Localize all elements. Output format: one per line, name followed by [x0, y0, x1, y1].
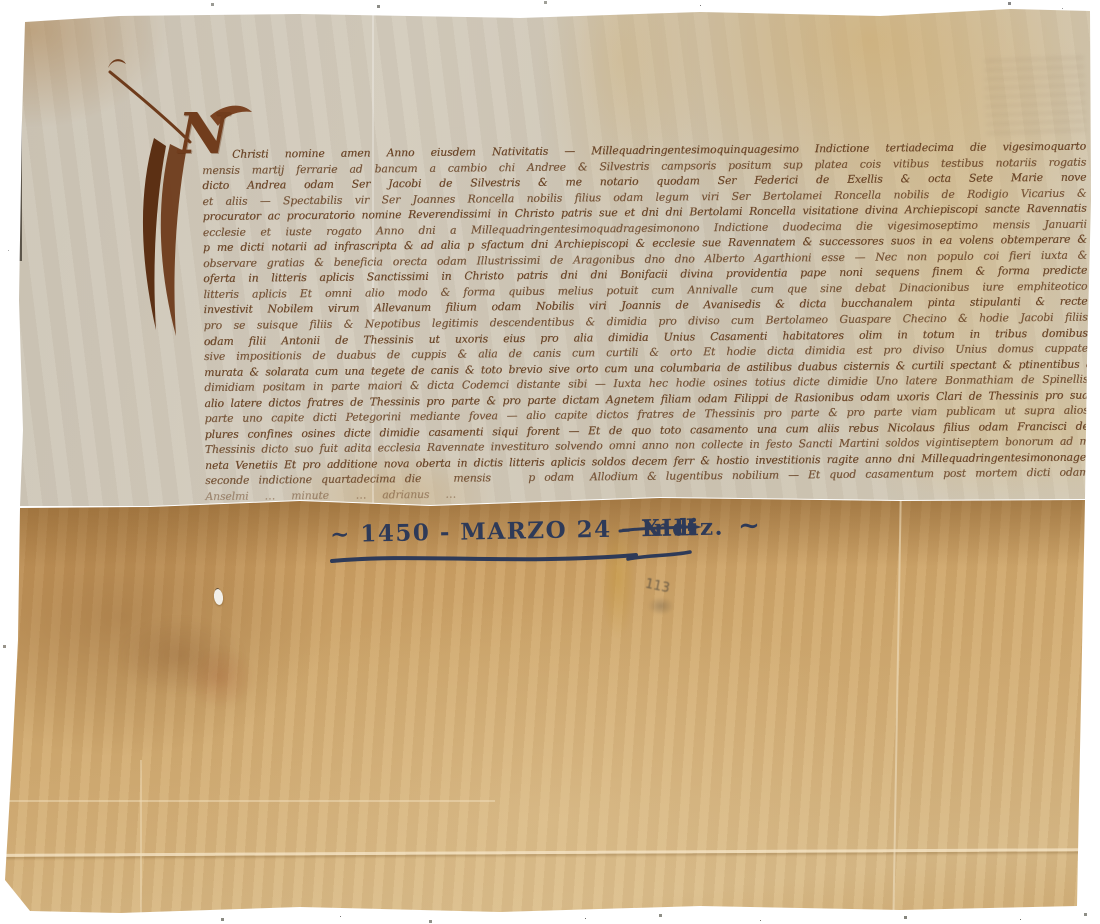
- annotation-underline: [326, 521, 726, 573]
- annotation-tilde: ~: [738, 511, 762, 541]
- parchment-verso-flap: ~ 1450 - MARZO 24 - Indiz. XIII ~ 113: [0, 497, 1100, 924]
- overline-arrowhead: [688, 523, 702, 531]
- fold-crease-horizontal-2: [0, 800, 495, 802]
- annotation-long-underline: [332, 555, 636, 561]
- flourish-tail-right: [161, 144, 186, 336]
- pencil-note: 113: [644, 577, 671, 597]
- parchment-recto: N Christi nomine amen Anno eiusdem Nativ…: [0, 0, 1100, 520]
- flourish-hook: [108, 59, 126, 68]
- fold-crease-horizontal: [0, 848, 1100, 857]
- parchment-dark-edge: [19, 36, 22, 261]
- fold-crease-vertical: [892, 497, 901, 924]
- fold-crease-vertical-2: [140, 760, 142, 914]
- scanned-parchment-document: N Christi nomine amen Anno eiusdem Nativ…: [0, 0, 1100, 924]
- manuscript-text: Christi nomine amen Anno eiusdem Nativit…: [202, 139, 1089, 505]
- bleed-through-mark: [185, 647, 255, 709]
- scan-dust-specks: [0, 0, 1, 1]
- pencil-smudge: [648, 597, 674, 615]
- parchment-hole: [213, 588, 224, 605]
- ink-bleed-through-mark: [984, 53, 1087, 134]
- roman-numeral-overline: [620, 527, 688, 531]
